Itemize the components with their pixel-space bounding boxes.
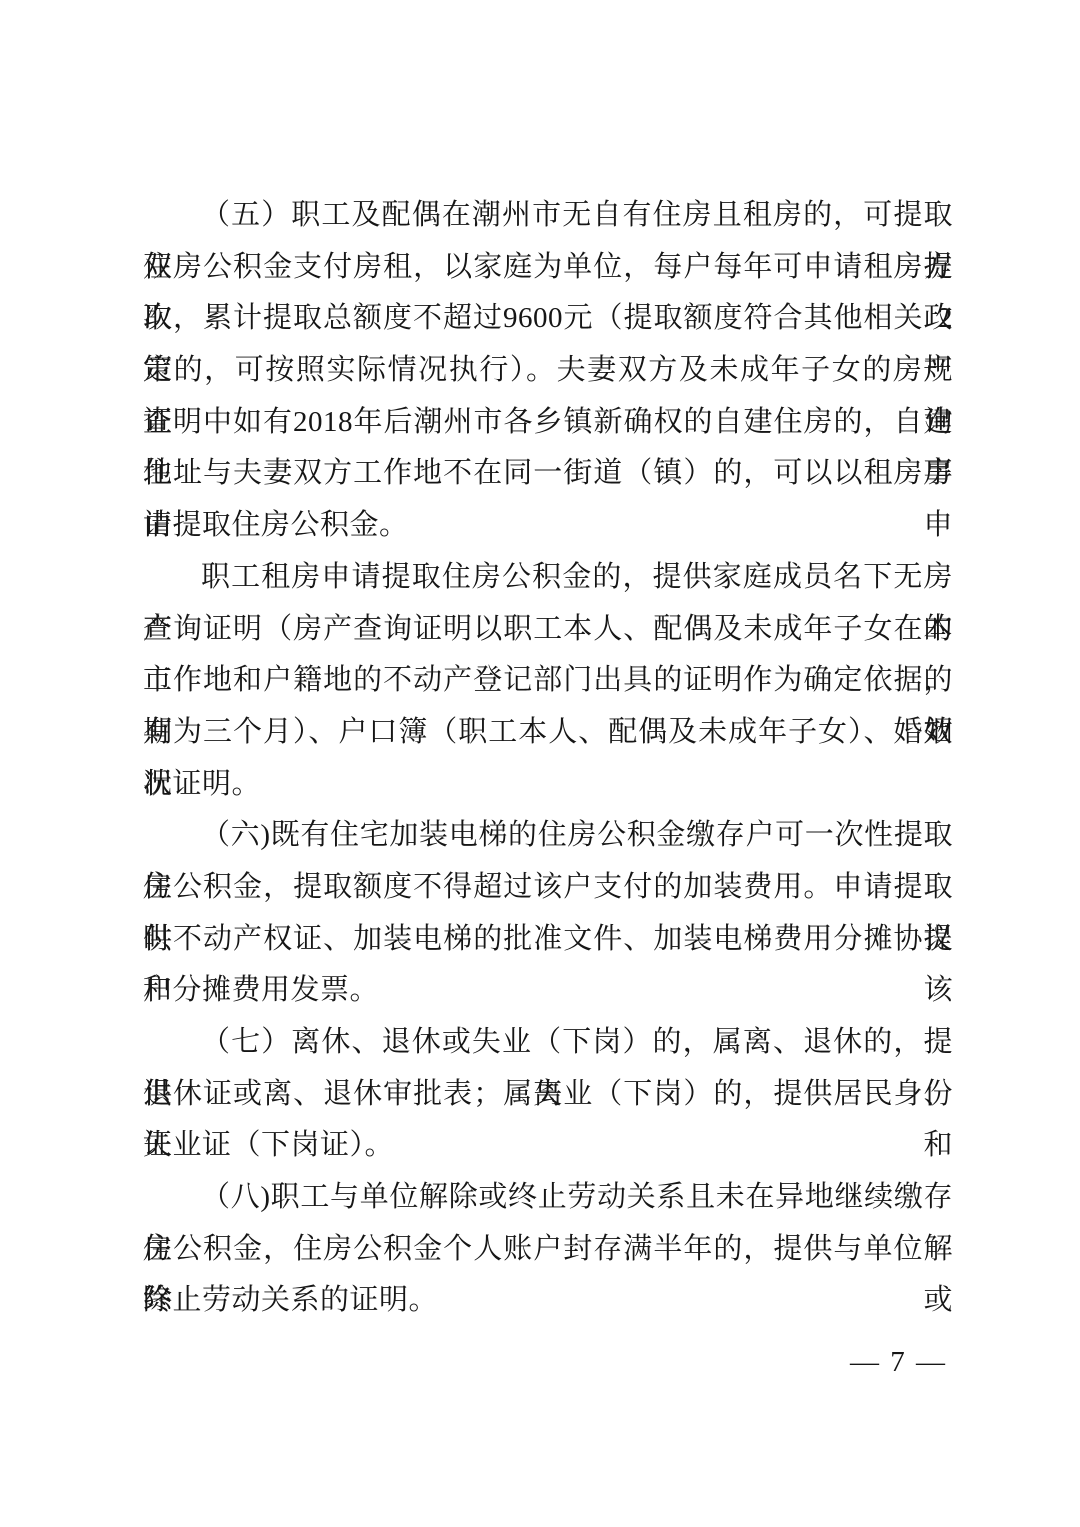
text-line: 定的，可按照实际情况执行）。夫妻双方及未成年子女的房产查询	[143, 345, 953, 397]
text-line: 地址与夫妻双方工作地不在同一街道（镇）的，可以以租房事由申	[143, 448, 953, 500]
paragraph: 职工租房申请提取住房公积金的，提供家庭成员名下无房产的查询证明（房产查询证明以职…	[143, 552, 953, 810]
page-number: — 7 —	[850, 1342, 947, 1382]
text-line: （五）职工及配偶在潮州市无自有住房且租房的，可提取双方	[143, 190, 953, 242]
text-line: 查询证明（房产查询证明以职工本人、配偶及未成年子女在本市的	[143, 604, 953, 656]
paragraph: （八)职工与单位解除或终止劳动关系且未在异地继续缴存住房公积金，住房公积金个人账…	[143, 1172, 953, 1327]
text-line: 职工租房申请提取住房公积金的，提供家庭成员名下无房产的	[143, 552, 953, 604]
text-line: 房公积金，住房公积金个人账户封存满半年的，提供与单位解除或	[143, 1224, 953, 1276]
text-line: 供不动产权证、加装电梯的批准文件、加装电梯费用分摊协议和该	[143, 914, 953, 966]
text-line: 况证明。	[143, 759, 953, 811]
text-line: 期为三个月）、户口簿（职工本人、配偶及未成年子女）、婚姻状	[143, 707, 953, 759]
paragraph: （五）职工及配偶在潮州市无自有住房且租房的，可提取双方住房公积金支付房租，以家庭…	[143, 190, 953, 552]
paragraph: （六)既有住宅加装电梯的住房公积金缴存户可一次性提取住房公积金，提取额度不得超过…	[143, 810, 953, 1017]
text-line: （六)既有住宅加装电梯的住房公积金缴存户可一次性提取住	[143, 810, 953, 862]
text-line: 住房公积金支付房租，以家庭为单位，每户每年可申请租房提取2	[143, 242, 953, 294]
document-page: （五）职工及配偶在潮州市无自有住房且租房的，可提取双方住房公积金支付房租，以家庭…	[0, 0, 1080, 1527]
text-line: 证明中如有2018年后潮州市各乡镇新确权的自建住房的，自建住房	[143, 397, 953, 449]
text-line: 退休证或离、退休审批表；属失业（下岗）的，提供居民身份证和	[143, 1069, 953, 1121]
paragraph: （七）离休、退休或失业（下岗）的，属离、退休的，提供离、退休证或离、退休审批表；…	[143, 1017, 953, 1172]
text-line: （七）离休、退休或失业（下岗）的，属离、退休的，提供离、	[143, 1017, 953, 1069]
text-line: （八)职工与单位解除或终止劳动关系且未在异地继续缴存住	[143, 1172, 953, 1224]
text-line: 次，累计提取总额度不超过9600元（提取额度符合其他相关政策规	[143, 293, 953, 345]
text-line: 房公积金，提取额度不得超过该户支付的加装费用。申请提取时提	[143, 862, 953, 914]
text-block: （五）职工及配偶在潮州市无自有住房且租房的，可提取双方住房公积金支付房租，以家庭…	[143, 190, 953, 1327]
text-line: 工作地和户籍地的不动产登记部门出具的证明作为确定依据，有效	[143, 655, 953, 707]
